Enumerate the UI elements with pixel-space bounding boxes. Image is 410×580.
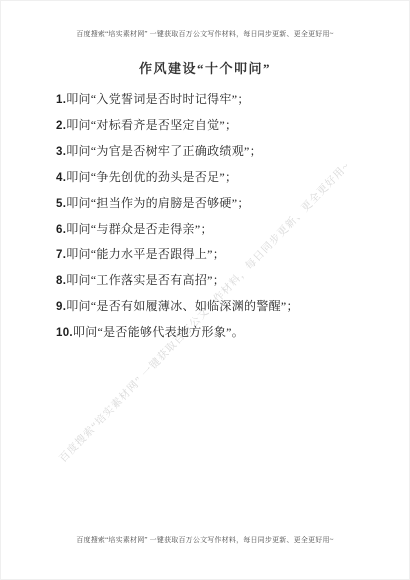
item-number: 9. — [56, 301, 66, 313]
item-text: 叩问“争先创优的劲头是否足”； — [66, 170, 237, 184]
item-text: 叩问“入党誓词是否时时记得牢”； — [66, 92, 249, 106]
list-item: 1.叩问“入党誓词是否时时记得牢”； — [56, 87, 299, 113]
header-ad-text: 百度搜索“培实素材网” 一键获取百万公文写作材料，每日同步更新、更全更好用~ — [1, 29, 409, 39]
document-page: 百度搜索“培实素材网” 一键获取百万公文写作材料，每日同步更新、更全更好用~ 百… — [0, 0, 410, 580]
list-item: 6.叩问“与群众是否走得亲”； — [56, 217, 299, 243]
item-number: 2. — [56, 120, 66, 132]
item-number: 3. — [56, 146, 66, 158]
list-item: 7.叩问“能力水平是否跟得上”； — [56, 242, 299, 268]
item-number: 4. — [56, 172, 66, 184]
list-item: 3.叩问“为官是否树牢了正确政绩观”； — [56, 139, 299, 165]
page-title: 作风建设“十个叩问” — [1, 58, 409, 77]
item-text: 叩问“能力水平是否跟得上”； — [66, 247, 225, 261]
list-item: 8.叩问“工作落实是否有高招”； — [56, 268, 299, 294]
list-item: 9.叩问“是否有如履薄冰、如临深渊的警醒”； — [56, 294, 299, 320]
item-number: 6. — [56, 224, 66, 236]
item-number: 1. — [56, 94, 66, 106]
item-text: 叩问“对标看齐是否坚定自觉”； — [66, 118, 237, 132]
list-item: 2.叩问“对标看齐是否坚定自觉”； — [56, 113, 299, 139]
item-text: 叩问“为官是否树牢了正确政绩观”； — [66, 144, 262, 158]
footer-ad-text: 百度搜索“培实素材网” 一键获取百万公文写作材料，每日同步更新、更全更好用~ — [1, 535, 409, 545]
item-text: 叩问“是否有如履薄冰、如临深渊的警醒”； — [66, 299, 299, 313]
item-text: 叩问“与群众是否走得亲”； — [66, 222, 213, 236]
item-number: 10. — [56, 327, 73, 339]
item-text: 叩问“工作落实是否有高招”； — [66, 273, 225, 287]
list-item: 4.叩问“争先创优的劲头是否足”； — [56, 165, 299, 191]
item-number: 5. — [56, 198, 66, 210]
kouwen-list: 1.叩问“入党誓词是否时时记得牢”； 2.叩问“对标看齐是否坚定自觉”； 3.叩… — [56, 87, 299, 346]
list-item: 10.叩问“是否能够代表地方形象”。 — [56, 320, 299, 346]
item-number: 8. — [56, 275, 66, 287]
list-item: 5.叩问“担当作为的肩膀是否够硬”； — [56, 191, 299, 217]
item-text: 叩问“担当作为的肩膀是否够硬”； — [66, 196, 249, 210]
item-text: 叩问“是否能够代表地方形象”。 — [73, 325, 244, 339]
item-number: 7. — [56, 249, 66, 261]
